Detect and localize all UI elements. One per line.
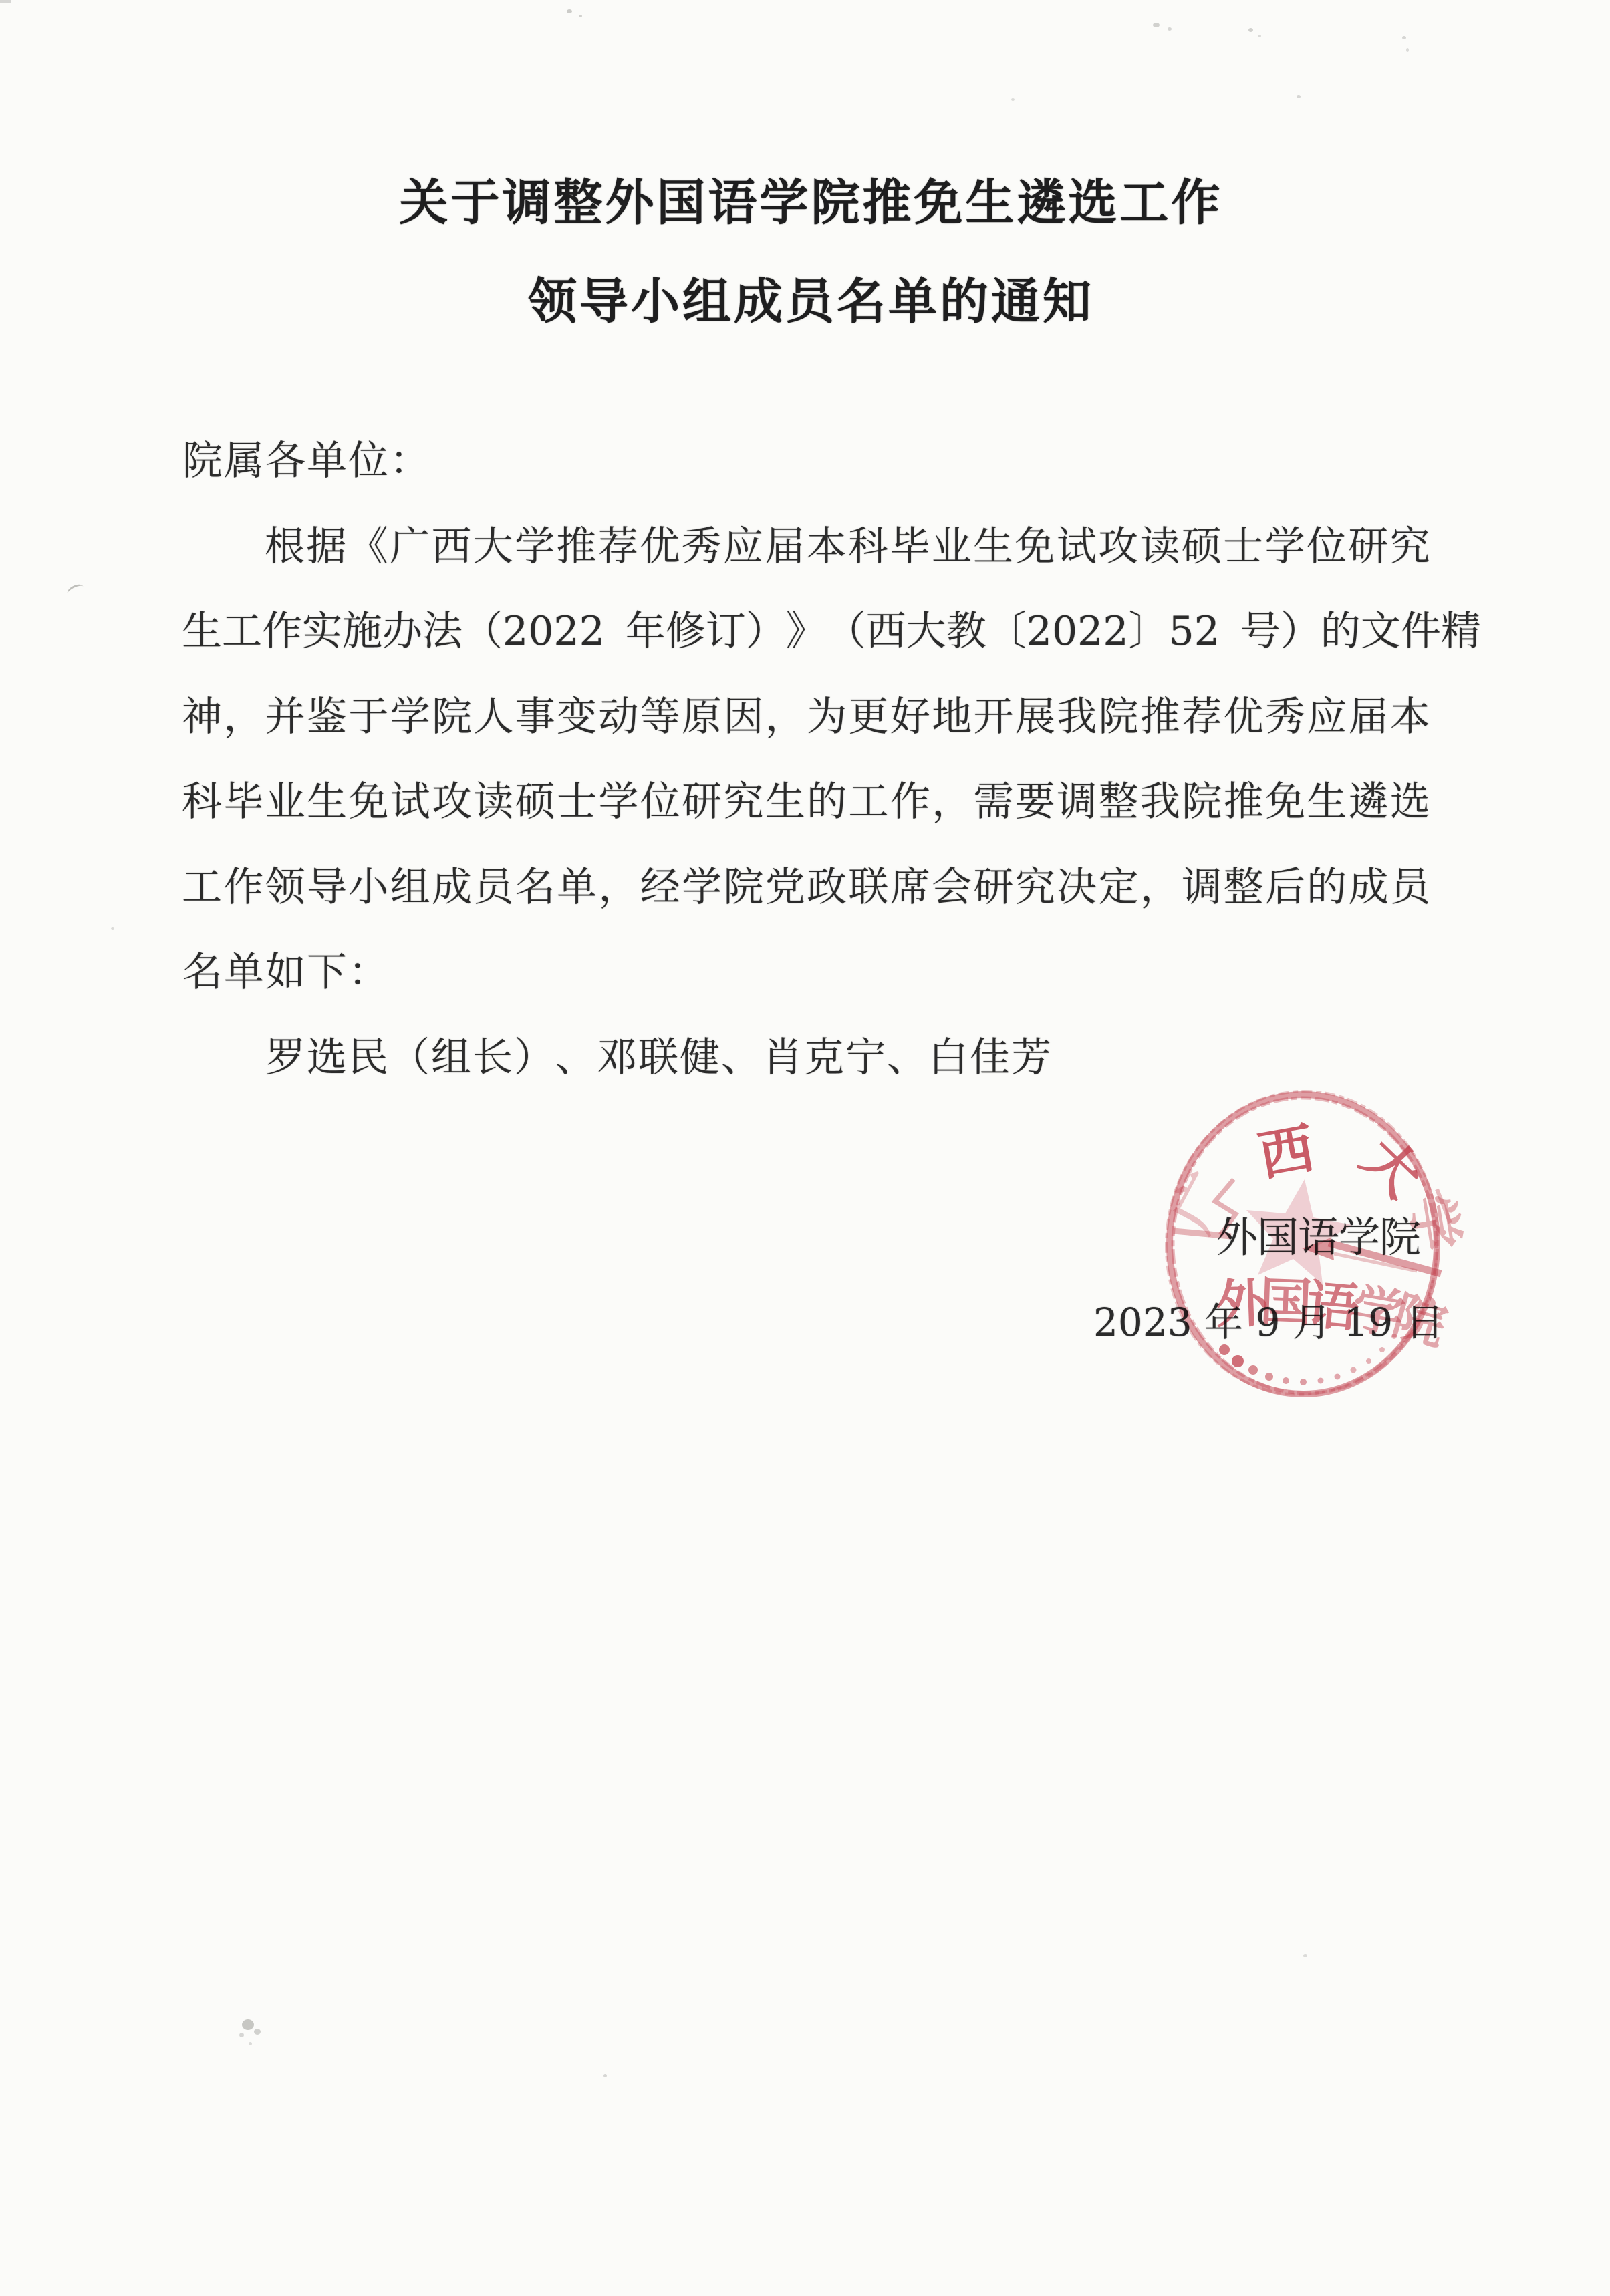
scan-speck <box>242 2019 254 2030</box>
scan-speck <box>1168 27 1172 31</box>
scan-speck <box>0 0 11 3</box>
body-line: 工作领导小组成员名单，经学院党政联席会研究决定，调整后的成员 <box>182 855 1430 919</box>
scan-speck <box>1258 35 1261 37</box>
scan-speck <box>249 2042 252 2045</box>
svg-text:学: 学 <box>1398 1191 1470 1255</box>
scan-speck <box>1153 23 1160 27</box>
scan-speck <box>1297 95 1301 98</box>
scan-speck <box>567 9 572 13</box>
body-line: 生工作实施办法（2022 年修订）》（西大教〔2022〕52 号）的文件精 <box>182 599 1430 664</box>
scan-speck <box>65 582 86 599</box>
body-line: 名单如下： <box>182 940 1430 1004</box>
scan-speck <box>603 2074 607 2077</box>
scan-speck <box>1011 98 1015 101</box>
body-line: 根据《广西大学推荐优秀应届本科毕业生免试攻读硕士学位研究 <box>182 515 1430 579</box>
seal-bottom-arc-text: 外 国 语 学 院 <box>1214 1272 1452 1358</box>
scan-speck <box>239 2033 244 2037</box>
scan-speck <box>579 15 582 17</box>
body-line: 科毕业生免试攻读硕士学位研究生的工作，需要调整我院推免生遴选 <box>182 770 1430 834</box>
seal-star <box>1246 1179 1352 1284</box>
scan-speck <box>1406 48 1409 52</box>
title-line-1: 关于调整外国语学院推免生遴选工作 <box>9 168 1610 238</box>
salutation: 院属各单位： <box>182 429 1430 493</box>
body-line: 神，并鉴于学院人事变动等原因，为更好地开展我院推荐优秀应届本 <box>182 685 1430 749</box>
scan-speck <box>254 2029 261 2035</box>
official-seal: 广 西 大 学 外 国 语 学 院 <box>1023 1016 1504 1483</box>
svg-text:西: 西 <box>1254 1117 1319 1189</box>
scan-speck <box>1248 28 1253 32</box>
title-line-2: 领导小组成员名单的通知 <box>9 267 1610 337</box>
scan-speck <box>1402 36 1406 39</box>
scan-speck <box>1303 1954 1307 1957</box>
document-page: 关于调整外国语学院推免生遴选工作 领导小组成员名单的通知 院属各单位： 根据《广… <box>0 0 1610 2296</box>
scan-speck <box>111 927 114 930</box>
